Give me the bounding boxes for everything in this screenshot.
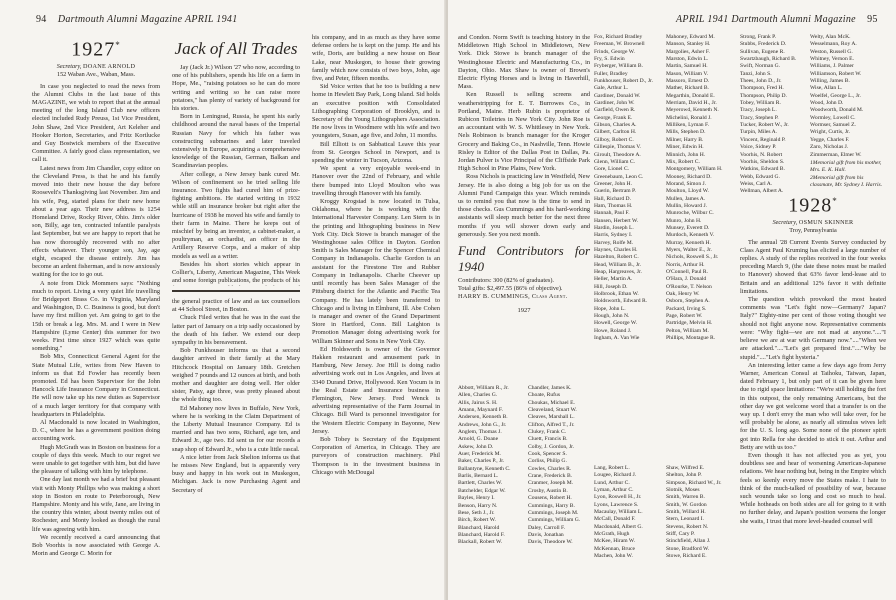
contributor-name: Cranmer, Joseph M. bbox=[528, 480, 594, 487]
contributor-name: Smith, Warren B. bbox=[666, 494, 736, 501]
contributor-name: Heap, Hargreaves, Jr. bbox=[594, 269, 664, 276]
contributors-list-col-g: Strong, Frank P.Stubbs, Frederick D.Sull… bbox=[740, 34, 810, 196]
contributor-name: Hall, Richard D. bbox=[594, 196, 664, 203]
contributor-name: Slotnik, Moses bbox=[666, 487, 736, 494]
contributor-name: Gore, Lionel C. bbox=[594, 166, 664, 173]
contributor-name: Gilbert, Carlton H. bbox=[594, 129, 664, 136]
contributor-name: Wood, John D. bbox=[810, 100, 886, 107]
contributor-name: Sullivan, Eugene R. bbox=[740, 49, 810, 56]
contributor-name: Hannah, Paul F. bbox=[594, 210, 664, 217]
contributor-name: O'Connell, Paul R. bbox=[666, 269, 736, 276]
contributor-name: Williams, J. Palmer bbox=[810, 63, 886, 70]
class-1927-address: 152 Waban Ave., Waban, Mass. bbox=[32, 71, 160, 79]
paragraph: Bob Funkhouser informs us that a second … bbox=[172, 347, 300, 404]
paragraph: his company, and in as much as they have… bbox=[312, 34, 440, 83]
contributors-list-col-h: Welty, Alan McK.Wesselmann, Roy A.Weston… bbox=[810, 34, 886, 159]
contributor-name: Howell, George W. bbox=[594, 320, 664, 327]
footnote: 2Memorial gift from his classmate, Mr. S… bbox=[810, 175, 886, 190]
contributor-name: Miner, Edwin H. bbox=[666, 144, 736, 151]
contributor-name: Holbrook, Ethan W. bbox=[594, 291, 664, 298]
contributor-name: Tracy, Joseph L. bbox=[740, 107, 810, 114]
contributor-name: Manson, Stanley H. bbox=[666, 41, 736, 48]
contributor-name: Giroult, Theodore A. bbox=[594, 152, 664, 159]
contributor-name: Crosby, Austin B. bbox=[528, 488, 594, 495]
contributor-name: Woodworth, Donald M. bbox=[810, 107, 886, 114]
page-number-left: 94 bbox=[36, 14, 47, 25]
contributor-name: Lund, Arthur C. bbox=[594, 480, 664, 487]
contributor-name: Morand, Simon J. bbox=[666, 181, 736, 188]
contributors-list-col-f: Shaw, Wilfred E.Shelton, John P.Simpson,… bbox=[666, 465, 736, 560]
paragraph: Bob Tobey is Secretary of the Equipment … bbox=[312, 436, 440, 477]
contributor-name: Garfield, Owen R. bbox=[594, 107, 664, 114]
contributor-name: Askew, John D. bbox=[458, 444, 524, 451]
contributor-name: O'Rourke, T. Nelson bbox=[666, 284, 736, 291]
contributor-name: Tucker, Robert W., Jr. bbox=[740, 122, 810, 129]
paragraph: and Condon. Norm Swift is teaching histo… bbox=[458, 34, 590, 91]
contributor-name: Milliken, Lyman F. bbox=[666, 122, 736, 129]
contributor-name: Chandler, James K. bbox=[528, 385, 594, 392]
paragraph: Born in Leningrad, Russia, he spent his … bbox=[172, 113, 300, 170]
contributor-name: Amann, Maynard F. bbox=[458, 407, 524, 414]
contributors-list-col-e: Lang, Robert L.Lougee, Richard J.Lund, A… bbox=[594, 465, 664, 560]
contributor-name: Mullin, Howard J. bbox=[666, 203, 736, 210]
contributor-name: Andrews, John G., Jr. bbox=[458, 422, 524, 429]
contributor-name: Wright, Curtis, Jr. bbox=[810, 129, 886, 136]
paragraph: We recently received a card announcing t… bbox=[32, 534, 160, 559]
contributor-name: Cleaves, Marshall L. bbox=[528, 414, 594, 421]
contributor-name: O'Hara, J. Donald bbox=[666, 276, 736, 283]
contributor-name: Mooney, Richard D. bbox=[666, 174, 736, 181]
contributor-name: Stern, Leonard I. bbox=[666, 516, 736, 523]
contributor-name: Benson, Harry N. bbox=[458, 503, 524, 510]
contributor-name: Phillips, Montague R. bbox=[666, 335, 736, 342]
contributor-name: Howe, Roland J. bbox=[594, 328, 664, 335]
paragraph: Bill Elliott is on Sabbatical Leave this… bbox=[312, 141, 440, 166]
contributor-name: Cowles, Charles R. bbox=[528, 466, 594, 473]
contributor-name: Milner, Harry B. bbox=[666, 137, 736, 144]
contributor-name: Webb, Edward G. bbox=[740, 174, 810, 181]
contributor-name: Baker, Charles P., Jr. bbox=[458, 458, 524, 465]
contributor-name: Head, William B., Jr. bbox=[594, 262, 664, 269]
contributor-name: Partridge, Melvin H. bbox=[666, 320, 736, 327]
contributor-name: Greener, John H. bbox=[594, 181, 664, 188]
contributor-name: Weiss, Carl A. bbox=[740, 181, 810, 188]
contributor-name: Bese, Seth J., Jr. bbox=[458, 510, 524, 517]
contributor-name: Macdonald, Albert G. bbox=[594, 524, 664, 531]
contributor-name: Munsey, Everett D. bbox=[666, 225, 736, 232]
contributor-name: Mason, William V. bbox=[666, 71, 736, 78]
contributor-name: Turpin, Miles A. bbox=[740, 129, 810, 136]
contributor-name: Harris, Sydney I. bbox=[594, 232, 664, 239]
contributor-name: Thees, John D., Jr. bbox=[740, 78, 810, 85]
contributor-name: Murray, Kenneth H. bbox=[666, 240, 736, 247]
contributor-name: Yegge, Charles F. bbox=[810, 137, 886, 144]
contributor-name: Moulton, Lloyd W. bbox=[666, 188, 736, 195]
contributor-name: Gardiner, John W. bbox=[594, 100, 664, 107]
contributor-name: Thompson, Fred H. bbox=[740, 85, 810, 92]
contributor-name: Freeman, W. Brownell bbox=[594, 41, 664, 48]
paragraph: Even though it has not affected you as y… bbox=[740, 452, 886, 526]
contributor-name: Allis, Jairus S. H. bbox=[458, 400, 524, 407]
contributor-name: Packard, Irving S. bbox=[666, 306, 736, 313]
contributor-name: Page, Robert W. bbox=[666, 313, 736, 320]
contributor-name: McGrath, Hugh bbox=[594, 531, 664, 538]
contributor-name: Colby, J. Gordon, Jr. bbox=[528, 444, 594, 451]
contributor-name: Pelton, William M. bbox=[666, 328, 736, 335]
contributors-list-col-d: Mahoney, Edward M.Manson, Stanley H.Marg… bbox=[666, 34, 736, 342]
contributor-name: Cummings, Joseph M. bbox=[528, 510, 594, 517]
contributor-name: Funkhouser, Robert D., Jr. bbox=[594, 78, 664, 85]
contributor-name: Allen, Charles G. bbox=[458, 392, 524, 399]
contributor-name: Auer, Frederick M. bbox=[458, 451, 524, 458]
contributors-list-col-a: Abbott, William R., Jr.Allen, Charles G.… bbox=[458, 385, 524, 547]
contributor-name: Anglem, Thomas J. bbox=[458, 429, 524, 436]
contributor-name: Vincent, Reginald P. bbox=[740, 137, 810, 144]
contributor-name: Wormser, Samuel Z. bbox=[810, 122, 886, 129]
contributor-name: Merriam, David H., Jr. bbox=[666, 100, 736, 107]
paragraph: A nice letter from Jack Shelton informs … bbox=[172, 454, 300, 495]
contributor-name: Mix, Robert C. bbox=[666, 159, 736, 166]
contributor-name: Welty, Alan McK. bbox=[810, 34, 886, 41]
left-page: 94 Dartmouth Alumni Magazine APRIL 1941 … bbox=[0, 0, 446, 600]
contributor-name: Gardiner, Donald W. bbox=[594, 93, 664, 100]
paragraph: Al Macdonald is now located in Washingto… bbox=[32, 419, 160, 444]
fund-total-gifts: Total gifts: $2,497.55 (86% of objective… bbox=[458, 285, 590, 293]
class-1927-column-3: his company, and in as much as they have… bbox=[312, 34, 440, 546]
paragraph: The question which provoked the most hea… bbox=[740, 296, 886, 362]
contributor-name: Choate, Rufus bbox=[528, 392, 594, 399]
contributor-name: Meyerowd, Kenneth N. bbox=[666, 107, 736, 114]
contributor-name: Tanzi, John S. bbox=[740, 71, 810, 78]
page-number-right: 95 bbox=[867, 14, 878, 25]
contributor-name: Myers, Walter E., Jr. bbox=[666, 247, 736, 254]
contributor-name: Marston, Edwin L. bbox=[666, 56, 736, 63]
contributor-name: Wise, Allan L. bbox=[810, 85, 886, 92]
contributor-name: Nichols, Roswell S., Jr. bbox=[666, 254, 736, 261]
contributor-name: Hope, John L. bbox=[594, 306, 664, 313]
contributor-name: Munroche, Wilbur C. bbox=[666, 210, 736, 217]
paragraph: In case you neglected to read the news f… bbox=[32, 83, 160, 165]
contributor-name: Simpson, Richard W., Jr. bbox=[666, 480, 736, 487]
contributor-name: Cousens, Robert H. bbox=[528, 495, 594, 502]
contributor-name: Minnich, John H. bbox=[666, 152, 736, 159]
contributor-name: Hill, Joseph D. bbox=[594, 284, 664, 291]
contributor-name: Fryberger, William B. bbox=[594, 63, 664, 70]
contributor-name: Cummings, Harry B. bbox=[528, 503, 594, 510]
contributor-name: Gilboy, Robert C. bbox=[594, 137, 664, 144]
contributor-name: Massoro, Ernest D. bbox=[666, 78, 736, 85]
fund-class-agent: HARRY B. CUMMINGS, Class Agent. bbox=[458, 293, 590, 301]
contributor-name: Gillespie, Thomas V. bbox=[594, 144, 664, 151]
paragraph: Besides his short stories which appear i… bbox=[172, 261, 300, 286]
contributor-name: Smith, W. Gordon bbox=[666, 502, 736, 509]
contributor-name: Thompson, Philip D. bbox=[740, 93, 810, 100]
contributor-name: Guerin, Bertram P. bbox=[594, 188, 664, 195]
contributor-name: Tracy, Stephen P. bbox=[740, 115, 810, 122]
fund-footnotes: 1Memorial gift from his mother, Mrs. E. … bbox=[810, 160, 886, 189]
contributor-name: Weston, Russell G. bbox=[810, 49, 886, 56]
contributor-name: Harvey, Rolfe M. bbox=[594, 240, 664, 247]
contributor-name: Tobey, William R. bbox=[740, 100, 810, 107]
paragraph: We spent a very enjoyable week-end in Ha… bbox=[312, 165, 440, 198]
feature-title: Jack of All Trades bbox=[172, 38, 300, 60]
contributor-name: Corliss, Philip G. bbox=[528, 458, 594, 465]
contributor-name: Machen, John W. bbox=[594, 553, 664, 560]
class-1927-heading: 1927* bbox=[32, 34, 160, 61]
contributor-name: Fuller, Bradley bbox=[594, 71, 664, 78]
contributor-name: Batchelder, Edgar W. bbox=[458, 488, 524, 495]
paragraph: Kroggy Krogstad is now located in Tulsa,… bbox=[312, 198, 440, 346]
contributor-name: Blanchard, Harold bbox=[458, 525, 524, 532]
paragraph: After college, a New Jersey bank cured M… bbox=[172, 171, 300, 261]
class-1928-address: Troy, Pennsylvania bbox=[740, 227, 886, 235]
contributor-name: Voorhis, Sheldon S. bbox=[740, 159, 810, 166]
contributor-name: Whitney, Vernon E. bbox=[810, 56, 886, 63]
paragraph: Ed Holdsworth is owner of the Governor H… bbox=[312, 346, 440, 436]
contributor-name: Hardin, Joseph L. bbox=[594, 225, 664, 232]
contributor-name: Bartlett, Charles W. bbox=[458, 480, 524, 487]
contributor-name: Lang, Robert L. bbox=[594, 465, 664, 472]
fund-year-label: 1927 bbox=[458, 307, 590, 315]
paragraph: One day last month we had a brief but pl… bbox=[32, 476, 160, 533]
contributor-name: Wesselmann, Roy A. bbox=[810, 41, 886, 48]
contributor-name: Cleaveland, Stuart W. bbox=[528, 407, 594, 414]
fund-contributors-count: Contributors: 300 (82% of graduates). bbox=[458, 277, 590, 285]
contributor-name: McCall, Donald F. bbox=[594, 516, 664, 523]
contributor-name: Hazelton, Robert C. bbox=[594, 254, 664, 261]
paragraph: Hugh McGrath was in Boston on business f… bbox=[32, 444, 160, 477]
contributor-name: Swartzbaugh, Richard B. bbox=[740, 56, 810, 63]
contributor-name: Shelton, John P. bbox=[666, 472, 736, 479]
contributor-name: Montgomery, William H. bbox=[666, 166, 736, 173]
paragraph: Jay (Jack Jr.) Wilson '27 who now, accor… bbox=[172, 64, 300, 113]
left-running-head-title: Dartmouth Alumni Magazine APRIL 1941 bbox=[58, 14, 238, 25]
paragraph: Bob Mix, Connecticut General Agent for t… bbox=[32, 353, 160, 419]
contributor-name: Williamson, Robert W. bbox=[810, 71, 886, 78]
contributor-name: Bayles, Henry I. bbox=[458, 495, 524, 502]
footnote: 1Memorial gift from his mother, Mrs. E. … bbox=[810, 160, 886, 175]
contributor-name: Hansen, Herbert W. bbox=[594, 218, 664, 225]
contributor-name: Stevens, Robert N. bbox=[666, 524, 736, 531]
contributor-name: Greenebaum, Leon C. bbox=[594, 174, 664, 181]
contributor-name: Heller, Martin A. bbox=[594, 276, 664, 283]
paragraph: the general practice of law and as tax c… bbox=[172, 298, 300, 314]
contributor-name: Fry, S. Edwin bbox=[594, 56, 664, 63]
paragraph: Chuck Filed writes that he was in the ea… bbox=[172, 314, 300, 347]
contributor-name: Willing, James B. bbox=[810, 78, 886, 85]
class-1927-secretary: Secretary, DOANE ARNOLD bbox=[32, 63, 160, 71]
contributor-name: Abbott, William R., Jr. bbox=[458, 385, 524, 392]
contributor-name: Hough, John N. bbox=[594, 313, 664, 320]
class-1928-secretary: Secretary, OSMUN SKINNER bbox=[740, 219, 886, 227]
contributor-name: Shaw, Wilfred E. bbox=[666, 465, 736, 472]
class-1928-column: 1928* Secretary, OSMUN SKINNER Troy, Pen… bbox=[740, 190, 886, 550]
contributors-list-col-c: Fox, Richard BradleyFreeman, W. Brownell… bbox=[594, 34, 664, 342]
class-1927-column: 1927* Secretary, DOANE ARNOLD 152 Waban … bbox=[32, 34, 160, 558]
contributor-name: Murdoch, Kenneth V. bbox=[666, 232, 736, 239]
contributor-name: Stubbs, Frederick D. bbox=[740, 41, 810, 48]
contributor-name: Megarthin, Donald E. bbox=[666, 93, 736, 100]
contributor-name: Margolies, Asher F. bbox=[666, 49, 736, 56]
contributor-name: Mills, Stephen D. bbox=[666, 129, 736, 136]
contributor-name: Glenn, William C. bbox=[594, 159, 664, 166]
jack-of-all-trades-box: Jack of All Trades Jay (Jack Jr.) Wilson… bbox=[172, 38, 300, 286]
contributor-name: Osborn, Stephen A. bbox=[666, 298, 736, 305]
contributor-name: Mahoney, Edward M. bbox=[666, 34, 736, 41]
contributor-name: Swift, Norman G. bbox=[740, 63, 810, 70]
contributor-name: Haynes, Charles H. bbox=[594, 247, 664, 254]
contributor-name: Mullen, James A. bbox=[666, 196, 736, 203]
contributor-name: Gale, Arthur L. bbox=[594, 85, 664, 92]
contributor-name: Birch, Robert W. bbox=[458, 517, 524, 524]
feature-box-rule bbox=[172, 290, 300, 292]
contributors-list-col-b: Chandler, James K.Choate, RufusChoukas, … bbox=[528, 385, 594, 547]
contributor-name: Strong, Frank P. bbox=[740, 34, 810, 41]
contributor-name: Cluett, Francis B. bbox=[528, 436, 594, 443]
contributor-name: Andersen, Kenneth B. bbox=[458, 414, 524, 421]
contributor-name: Norris, Arthur H. bbox=[666, 262, 736, 269]
contributor-name: Clifton, Alfred T., Jr. bbox=[528, 422, 594, 429]
contributor-name: Zaro, Nicholas J. bbox=[810, 144, 886, 151]
paragraph: Ken Russell is selling screens and weath… bbox=[458, 91, 590, 173]
contributor-name: Davis, Jonathan bbox=[528, 532, 594, 539]
contributor-name: Stiff, Cary P. bbox=[666, 531, 736, 538]
contributor-name: Ham, Thomas H. bbox=[594, 203, 664, 210]
contributor-name: Ballantyne, Kenneth C. bbox=[458, 466, 524, 473]
contributor-name: Martin, Samuel H. bbox=[666, 63, 736, 70]
contributor-name: Gibson, Charles A. bbox=[594, 122, 664, 129]
left-running-head: 94 Dartmouth Alumni Magazine APRIL 1941 bbox=[36, 14, 238, 25]
paragraph: Sid Voice writes that he too is building… bbox=[312, 83, 440, 140]
paragraph: Latest news from Jim Chandler, copy edit… bbox=[32, 165, 160, 280]
contributor-name: Munro, John H. bbox=[666, 218, 736, 225]
contributor-name: Woelfel, George L., Jr. bbox=[810, 93, 886, 100]
contributor-name: Stinchfield, Allan J. bbox=[666, 538, 736, 545]
contributor-name: Watkins, Edward B. bbox=[740, 166, 810, 173]
class-1927-continuation: the general practice of law and as tax c… bbox=[172, 298, 300, 546]
paragraph: An interesting letter came a few days ag… bbox=[740, 362, 886, 452]
contributor-name: Macaulay, William L. bbox=[594, 509, 664, 516]
class-1927-right-column: and Condon. Norm Swift is teaching histo… bbox=[458, 34, 590, 319]
contributor-name: Cook, Spencer S. bbox=[528, 451, 594, 458]
contributor-name: Clukey, Frank C. bbox=[528, 429, 594, 436]
contributor-name: Stowe, Richard E. bbox=[666, 553, 736, 560]
contributor-name: Cummings, William G. bbox=[528, 517, 594, 524]
contributor-name: George, Frank E. bbox=[594, 115, 664, 122]
paragraph: Ross Nichols is practicing law in Westfi… bbox=[458, 173, 590, 239]
contributor-name: Holdsworth, Edward R. bbox=[594, 298, 664, 305]
right-running-head-title: APRIL 1941 Dartmouth Alumni Magazine bbox=[676, 14, 856, 25]
right-running-head: APRIL 1941 Dartmouth Alumni Magazine 95 bbox=[676, 14, 878, 25]
paragraph: A note from Dick Mommers says: "Nothing … bbox=[32, 280, 160, 354]
contributor-name: Barlis, Bernard L. bbox=[458, 473, 524, 480]
contributor-name: Smith, Willard H. bbox=[666, 509, 736, 516]
contributor-name: Lyons, Lawrence S. bbox=[594, 502, 664, 509]
contributor-name: Frinds, George W. bbox=[594, 49, 664, 56]
contributor-name: Voice, Sidney P. bbox=[740, 144, 810, 151]
contributor-name: Wormley, Lowell C. bbox=[810, 115, 886, 122]
contributor-name: Davis, Theodore W. bbox=[528, 539, 594, 546]
contributor-name: McKennan, Bruce bbox=[594, 546, 664, 553]
contributor-name: McKee, Hiram W. bbox=[594, 538, 664, 545]
contributor-name: Zimmerman, Elmer W. bbox=[810, 152, 886, 159]
paragraph: The annual '28 Current Events Survey con… bbox=[740, 239, 886, 296]
contributor-name: Lyman, Arthur C. bbox=[594, 487, 664, 494]
contributor-name: Lougee, Richard J. bbox=[594, 472, 664, 479]
contributor-name: Mather, Richard B. bbox=[666, 85, 736, 92]
contributor-name: Blanchard, Harold F. bbox=[458, 532, 524, 539]
contributor-name: Fox, Richard Bradley bbox=[594, 34, 664, 41]
contributor-name: Choukas, Michael E. bbox=[528, 400, 594, 407]
right-page: APRIL 1941 Dartmouth Alumni Magazine 95 … bbox=[448, 0, 896, 600]
class-1928-heading: 1928* bbox=[740, 190, 886, 217]
contributor-name: Blackall, Robert W. bbox=[458, 539, 524, 546]
fund-contributors-title: Fund Contributors for 1940 bbox=[458, 243, 590, 275]
contributor-name: Lyon, Roswell H., Jr. bbox=[594, 494, 664, 501]
contributor-name: Daley, Carroll F. bbox=[528, 525, 594, 532]
paragraph: Ed Mahoney now lives in Buffalo, New Yor… bbox=[172, 405, 300, 454]
contributor-name: Arnold, G. Doane bbox=[458, 436, 524, 443]
contributor-name: Voorhis, N. Robert bbox=[740, 152, 810, 159]
contributor-name: Stone, Bradford W. bbox=[666, 546, 736, 553]
contributor-name: Michelini, Ronald J. bbox=[666, 115, 736, 122]
contributor-name: Ingham, A. Van Wie bbox=[594, 335, 664, 342]
contributor-name: Oak, Henry W. bbox=[666, 291, 736, 298]
contributor-name: Crane, Frederick B. bbox=[528, 473, 594, 480]
